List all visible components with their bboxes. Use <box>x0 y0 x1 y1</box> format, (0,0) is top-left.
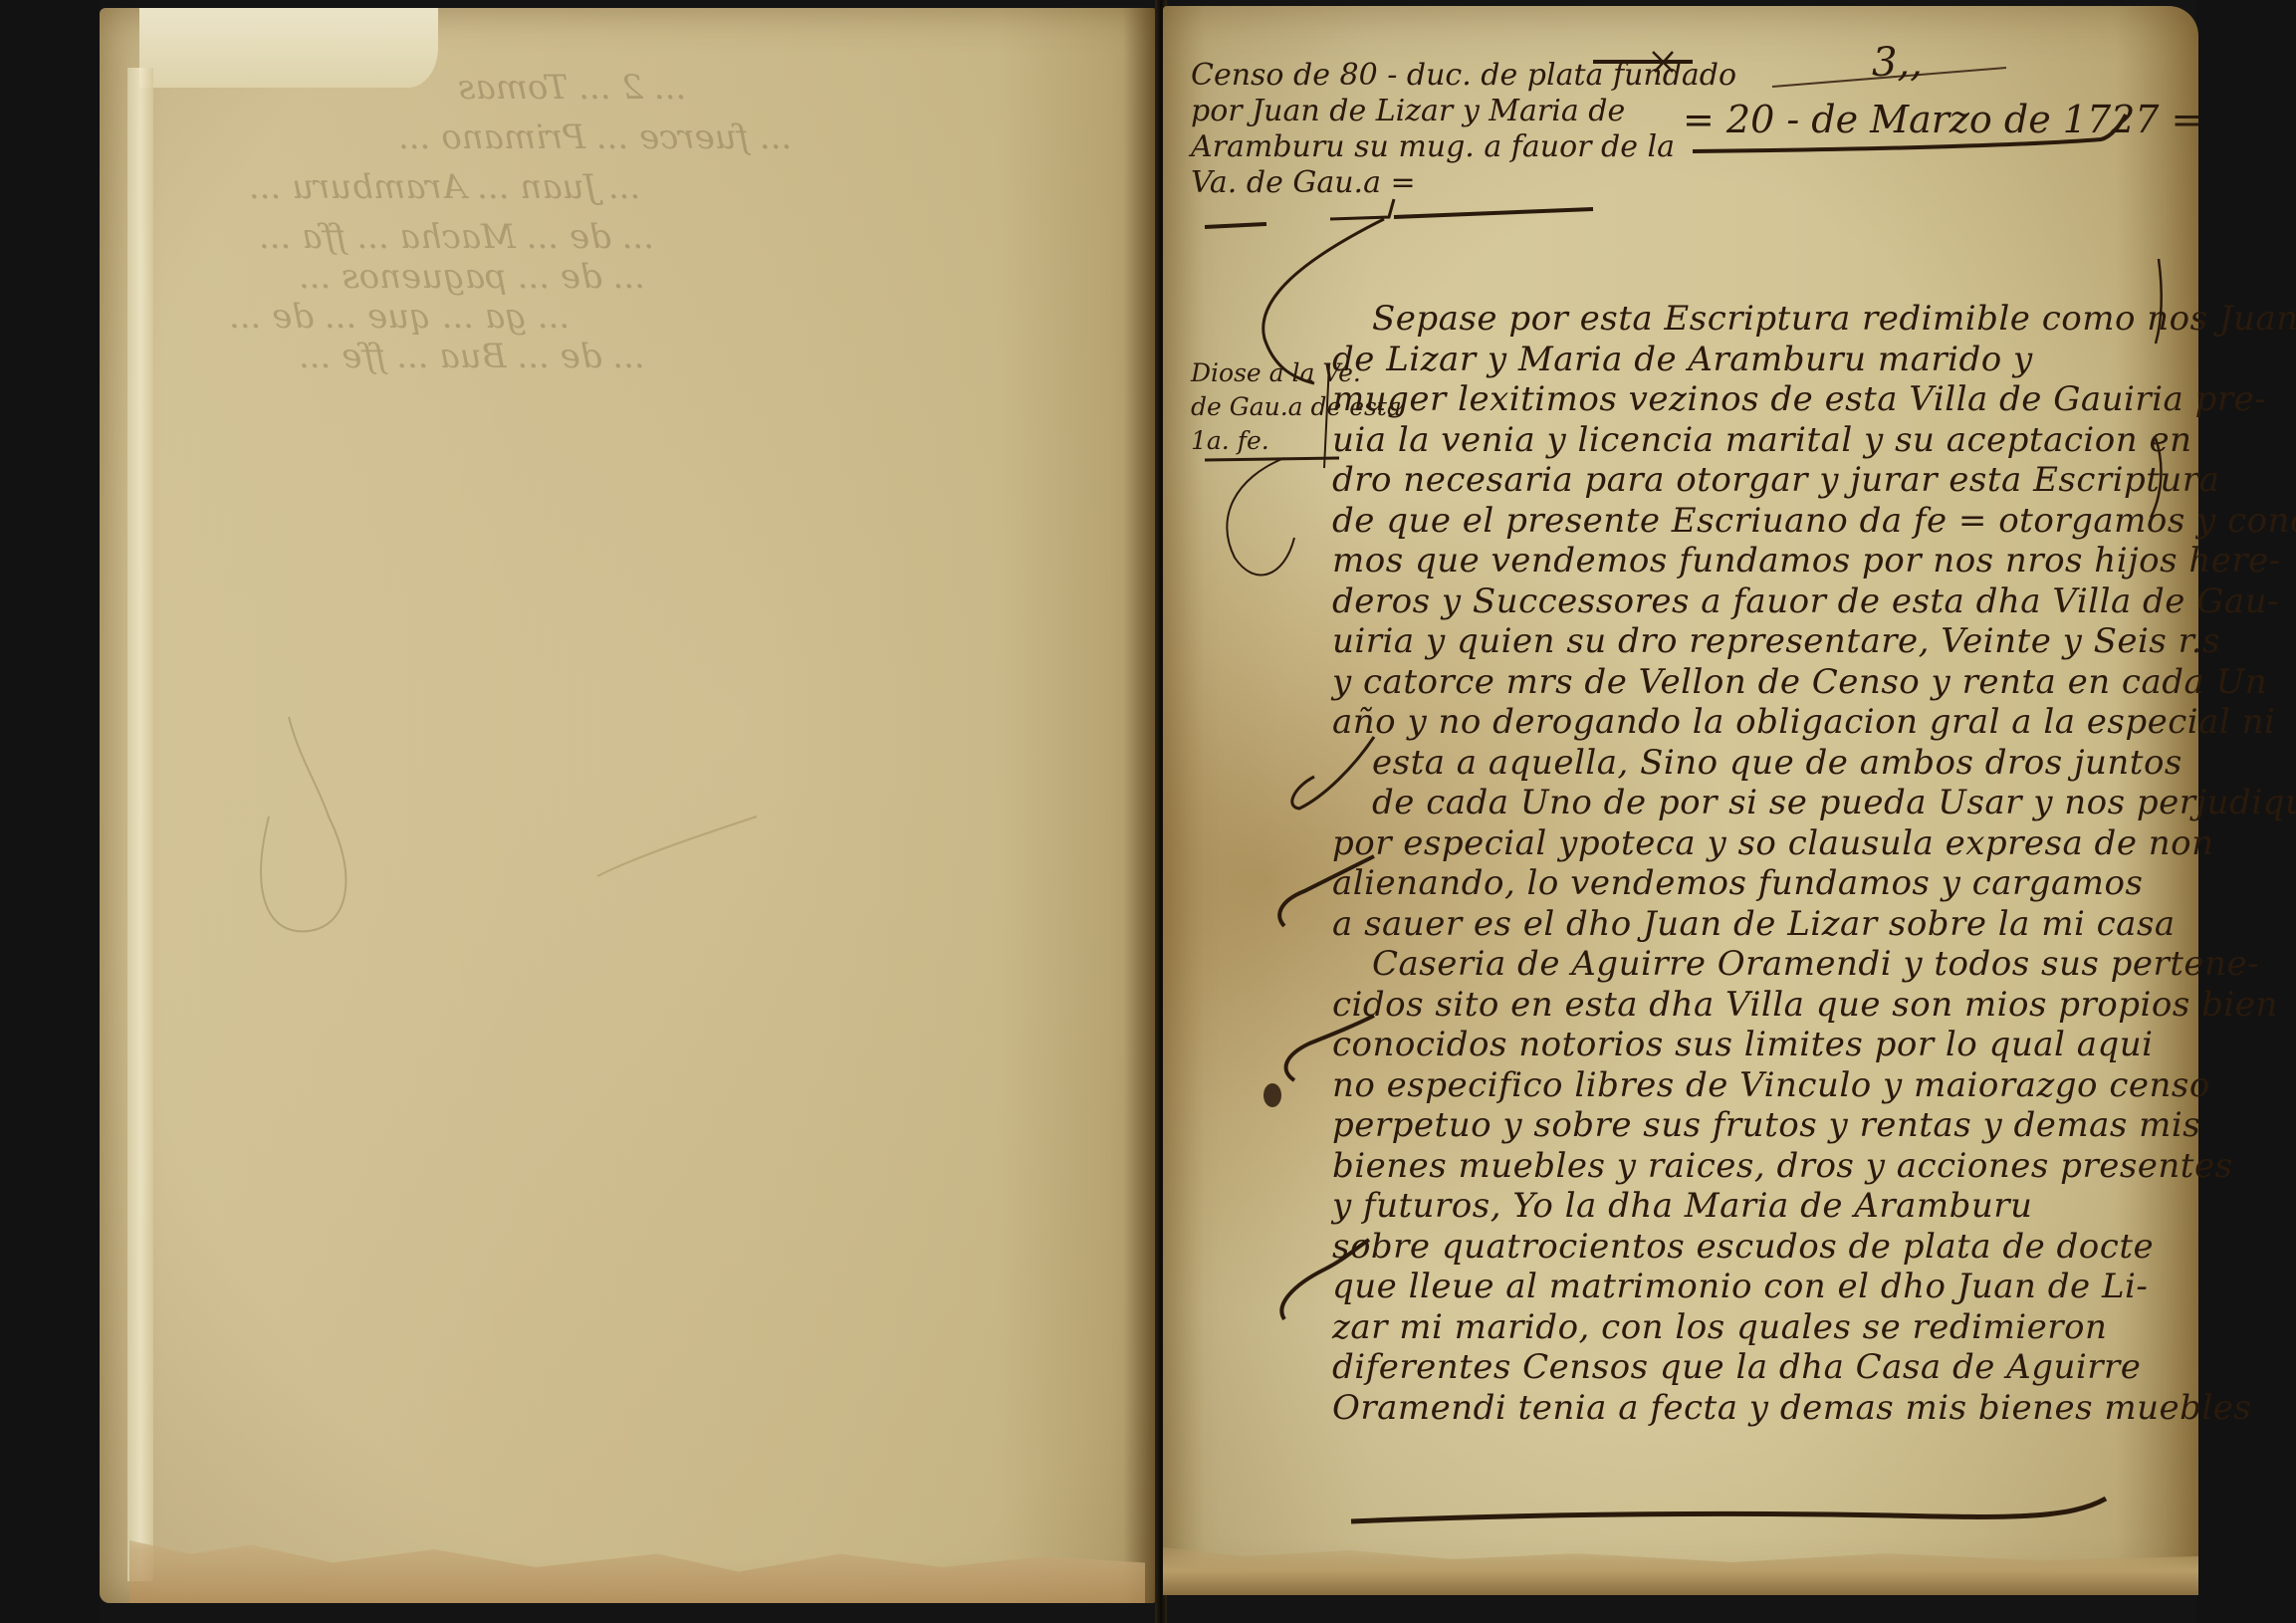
heading-line: Va. de Gau.a = <box>1191 165 1609 201</box>
body-line: diferentes Censos que la dha Casa de Agu… <box>1332 1347 2169 1388</box>
scan-background-left <box>0 0 100 1623</box>
body-line: conocidos notorios sus limites por lo qu… <box>1332 1025 2169 1065</box>
document-body: Sepase por esta Escriptura redimible com… <box>1332 299 2169 1428</box>
body-line: mos que vendemos fundamos por nos nros h… <box>1332 541 2169 581</box>
body-line: de que el presente Escriuano da fe = oto… <box>1332 501 2169 542</box>
body-line: Caseria de Aguirre Oramendi y todos sus … <box>1332 944 2169 985</box>
body-line: perpetuo y sobre sus frutos y rentas y d… <box>1332 1105 2169 1146</box>
left-page-leaf-edge <box>127 68 153 1581</box>
body-line: y futuros, Yo la dha Maria de Aramburu <box>1332 1186 2169 1227</box>
body-line: muger lexitimos vezinos de esta Villa de… <box>1332 379 2169 420</box>
folio-number: 3,, <box>1872 40 1923 86</box>
bleed-through-line: ... 2 ... Tomas <box>458 68 686 108</box>
bleed-through-line: ... Juan ... Aramburu ... <box>249 167 640 207</box>
left-page-torn-corner <box>139 8 438 88</box>
body-line: de cada Uno de por si se pueda Usar y no… <box>1332 783 2169 823</box>
body-line: zar mi marido, con los quales se redimie… <box>1332 1307 2169 1348</box>
margin-note-line: de Gau.a de esta <box>1191 390 1330 424</box>
body-line: y catorce mrs de Vellon de Censo y renta… <box>1332 662 2169 703</box>
bleed-through-line: ... de ... Bua ... ffe ... <box>299 337 645 376</box>
body-line: a sauer es el dho Juan de Lizar sobre la… <box>1332 904 2169 945</box>
margin-note: Diose a la Ve. de Gau.a de esta 1a. fe. <box>1191 356 1330 458</box>
document-date: = 20 - de Marzo de 1727 = <box>1683 98 2202 141</box>
body-line: Sepase por esta Escriptura redimible com… <box>1332 299 2169 340</box>
heading-line: Censo de 80 - duc. de plata fundado <box>1191 58 1609 94</box>
body-line: esta a aquella, Sino que de ambos dros j… <box>1332 743 2169 784</box>
body-line: año y no derogando la obligacion gral a … <box>1332 702 2169 743</box>
body-line: deros y Successores a fauor de esta dha … <box>1332 581 2169 622</box>
bleed-through-line: ... de ... paguenos ... <box>299 257 645 297</box>
body-line: de Lizar y Maria de Aramburu marido y <box>1332 340 2169 380</box>
body-line: dro necesaria para otorgar y jurar esta … <box>1332 460 2169 501</box>
margin-note-line: Diose a la Ve. <box>1191 356 1330 390</box>
body-line: sobre quatrocientos escudos de plata de … <box>1332 1227 2169 1268</box>
body-line: bienes muebles y raices, dros y acciones… <box>1332 1146 2169 1187</box>
body-line: no especifico libres de Vinculo y maiora… <box>1332 1065 2169 1106</box>
left-page-torn-bottom <box>129 1513 1145 1603</box>
left-page: ... 2 ... Tomas ... fuerce ... Primano .… <box>100 8 1155 1603</box>
bleed-through-line: ... fuerce ... Primano ... <box>398 117 792 157</box>
heading-line: Aramburu su mug. a fauor de la <box>1191 129 1609 165</box>
margin-note-line: 1a. fe. <box>1191 424 1330 458</box>
body-line: Oramendi tenia a fecta y demas mis biene… <box>1332 1388 2169 1429</box>
heading-line: por Juan de Lizar y Maria de <box>1191 94 1609 129</box>
right-page-bottom-edge <box>1163 1535 2198 1595</box>
body-line: uiria y quien su dro representare, Veint… <box>1332 621 2169 662</box>
body-line: alienando, lo vendemos fundamos y cargam… <box>1332 863 2169 904</box>
bleed-through-line: ... ga ... que ... de ... <box>229 297 570 337</box>
body-line: por especial ypoteca y so clausula expre… <box>1332 823 2169 864</box>
document-heading: Censo de 80 - duc. de plata fundado por … <box>1191 58 1609 201</box>
body-line: uia la venia y licencia marital y su ace… <box>1332 420 2169 461</box>
body-line: cidos sito en esta dha Villa que son mio… <box>1332 985 2169 1026</box>
manuscript-spread: ... 2 ... Tomas ... fuerce ... Primano .… <box>0 0 2296 1623</box>
body-line: que lleue al matrimonio con el dho Juan … <box>1332 1267 2169 1307</box>
bleed-through-line: ... de ... Macha ... ffa ... <box>259 217 654 257</box>
